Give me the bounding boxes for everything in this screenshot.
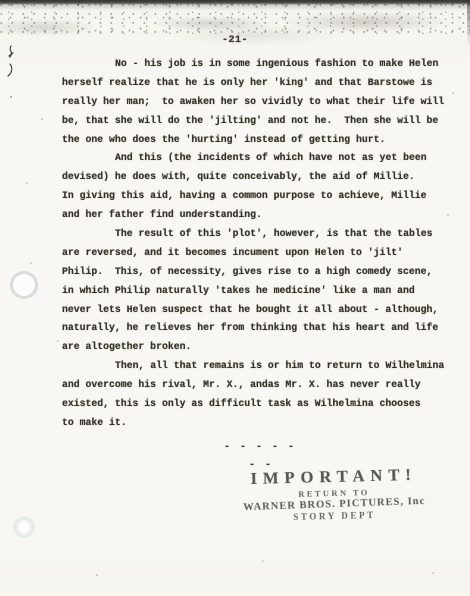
text-line: really her man; to awaken her so vividly… [62,93,462,112]
stamp-warner-bros-text: WARNER BROS. PICTURES, Inc [234,496,434,514]
punch-hole-ring [13,516,35,538]
text-line: The result of this 'plot', however, is t… [62,225,462,244]
stamp-return-to-text: RETURN TO [234,486,434,501]
typewritten-body: No - his job is in some ingenious fashio… [62,55,462,433]
text-line: devised) he does with, quite conceivably… [62,168,462,187]
text-line: And this (the incidents of which have no… [62,149,462,168]
text-line: to make it. [62,414,462,433]
text-line: the one who does the 'hurting' instead o… [62,131,462,150]
text-line: and overcome his rival, Mr. X., andas Mr… [62,376,462,395]
text-line: existed, this is only as difficult task … [62,395,462,414]
text-line: No - his job is in some ingenious fashio… [62,55,462,74]
stamp-story-dept-text: STORY DEPT [234,509,434,524]
text-line: are reversed, and it becomes incument up… [62,244,462,263]
paper-specks [0,0,2,2]
text-line: naturally, he relieves her from thinking… [62,319,462,338]
text-line: herself realize that he is only her 'kin… [62,74,462,93]
document-page: -21- No - his job is in some ingenious f… [0,0,470,596]
scan-smudge [140,20,370,50]
text-line: Then, all that remains is or him to retu… [62,357,462,376]
text-line: never lets Helen suspect that he bought … [62,301,462,320]
text-line: Philip. This, of necessity, gives rise t… [62,263,462,282]
text-line: and her father find understanding. [62,206,462,225]
punch-hole-ring [10,271,38,299]
page-number: -21- [222,35,248,46]
warner-bros-return-stamp: IMPORTANT! RETURN TO WARNER BROS. PICTUR… [233,465,434,524]
scan-noise-band [0,0,470,38]
text-line: in which Philip naturally 'takes he medi… [62,282,462,301]
text-line: be, that she will do the 'jilting' and n… [62,112,462,131]
text-line: are altogether broken. [62,338,462,357]
pen-mark-icon [3,44,21,84]
text-line: In giving this aid, having a common purp… [62,187,462,206]
separator-dashes: - - - - - [224,442,296,453]
separator-dashes: - - [249,460,273,471]
